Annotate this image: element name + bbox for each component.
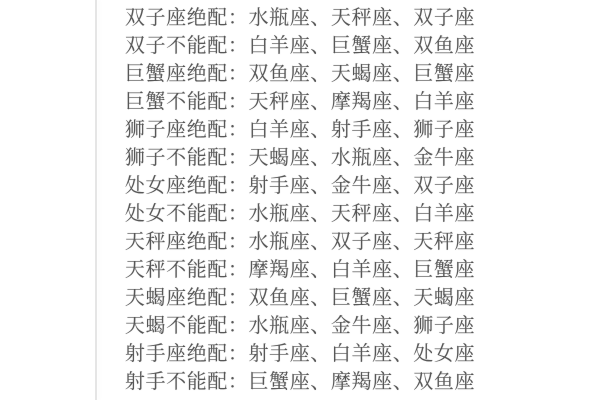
row-partner-signs: 天蝎座、水瓶座、金牛座: [249, 145, 476, 169]
row-partner-signs: 水瓶座、天秤座、双子座: [249, 5, 476, 29]
row-partner-signs: 射手座、白羊座、处女座: [249, 341, 476, 365]
compatibility-row: 处女不能配：水瓶座、天秤座、白羊座: [0, 199, 600, 227]
row-partner-signs: 双鱼座、巨蟹座、天蝎座: [249, 285, 476, 309]
colon-separator: ：: [228, 201, 249, 225]
colon-separator: ：: [228, 5, 249, 29]
colon-separator: ：: [228, 145, 249, 169]
row-label: 射手不能配: [125, 369, 228, 393]
colon-separator: ：: [228, 229, 249, 253]
row-partner-signs: 摩羯座、白羊座、巨蟹座: [249, 257, 476, 281]
zodiac-compatibility-list: 双子座绝配：水瓶座、天秤座、双子座 双子不能配：白羊座、巨蟹座、双鱼座 巨蟹座绝…: [0, 3, 600, 395]
compatibility-row: 射手不能配：巨蟹座、摩羯座、双鱼座: [0, 367, 600, 395]
row-label: 处女不能配: [125, 201, 228, 225]
compatibility-row: 双子不能配：白羊座、巨蟹座、双鱼座: [0, 31, 600, 59]
row-label: 射手座绝配: [125, 341, 228, 365]
row-label: 天蝎座绝配: [125, 285, 228, 309]
compatibility-row: 处女座绝配：射手座、金牛座、双子座: [0, 171, 600, 199]
compatibility-row: 射手座绝配：射手座、白羊座、处女座: [0, 339, 600, 367]
row-label: 双子不能配: [125, 33, 228, 57]
colon-separator: ：: [228, 61, 249, 85]
row-label: 天秤不能配: [125, 257, 228, 281]
row-partner-signs: 巨蟹座、摩羯座、双鱼座: [249, 369, 476, 393]
compatibility-row: 天秤不能配：摩羯座、白羊座、巨蟹座: [0, 255, 600, 283]
compatibility-row: 狮子不能配：天蝎座、水瓶座、金牛座: [0, 143, 600, 171]
row-label: 狮子座绝配: [125, 117, 228, 141]
colon-separator: ：: [228, 257, 249, 281]
compatibility-row: 双子座绝配：水瓶座、天秤座、双子座: [0, 3, 600, 31]
colon-separator: ：: [228, 117, 249, 141]
colon-separator: ：: [228, 341, 249, 365]
row-label: 天秤座绝配: [125, 229, 228, 253]
row-label: 巨蟹不能配: [125, 89, 228, 113]
compatibility-row: 巨蟹座绝配：双鱼座、天蝎座、巨蟹座: [0, 59, 600, 87]
colon-separator: ：: [228, 369, 249, 393]
row-partner-signs: 天秤座、摩羯座、白羊座: [249, 89, 476, 113]
colon-separator: ：: [228, 33, 249, 57]
row-label: 双子座绝配: [125, 5, 228, 29]
zodiac-compatibility-page: 双子座绝配：水瓶座、天秤座、双子座 双子不能配：白羊座、巨蟹座、双鱼座 巨蟹座绝…: [0, 0, 600, 400]
row-label: 天蝎不能配: [125, 313, 228, 337]
row-partner-signs: 水瓶座、金牛座、狮子座: [249, 313, 476, 337]
row-partner-signs: 水瓶座、双子座、天秤座: [249, 229, 476, 253]
row-label: 处女座绝配: [125, 173, 228, 197]
colon-separator: ：: [228, 89, 249, 113]
colon-separator: ：: [228, 173, 249, 197]
compatibility-row: 狮子座绝配：白羊座、射手座、狮子座: [0, 115, 600, 143]
row-partner-signs: 白羊座、射手座、狮子座: [249, 117, 476, 141]
colon-separator: ：: [228, 285, 249, 309]
compatibility-row: 巨蟹不能配：天秤座、摩羯座、白羊座: [0, 87, 600, 115]
row-partner-signs: 射手座、金牛座、双子座: [249, 173, 476, 197]
row-partner-signs: 双鱼座、天蝎座、巨蟹座: [249, 61, 476, 85]
compatibility-row: 天秤座绝配：水瓶座、双子座、天秤座: [0, 227, 600, 255]
compatibility-row: 天蝎不能配：水瓶座、金牛座、狮子座: [0, 311, 600, 339]
row-label: 狮子不能配: [125, 145, 228, 169]
colon-separator: ：: [228, 313, 249, 337]
row-partner-signs: 白羊座、巨蟹座、双鱼座: [249, 33, 476, 57]
row-partner-signs: 水瓶座、天秤座、白羊座: [249, 201, 476, 225]
row-label: 巨蟹座绝配: [125, 61, 228, 85]
compatibility-row: 天蝎座绝配：双鱼座、巨蟹座、天蝎座: [0, 283, 600, 311]
